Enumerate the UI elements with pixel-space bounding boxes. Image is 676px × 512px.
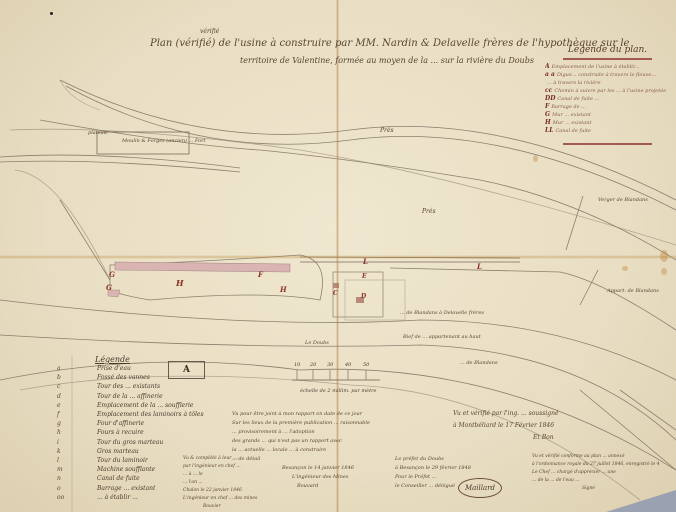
map-letter-H: H [280,285,287,294]
river-text-4: Le Doubs [305,340,329,346]
plateau-label: plateau [88,130,107,136]
legend-left-row: dTour de la ... affinerie [45,392,245,401]
map-letter-F: F [258,270,263,279]
stain [660,250,668,262]
field-label-verger: Verger de Blandans [598,197,648,203]
stain [622,266,628,271]
ordinance-note: Vu et vérifié conforme au plan ... annex… [532,453,660,493]
map-letter-L: L [363,257,368,266]
mill-box-label: Moulin & Forges (ancien) ... Fort [122,138,206,144]
scale-tick: 40 [345,362,351,368]
legend-plan-title: Légende du plan. [545,45,670,55]
river-text-1: ... de Blandans à Delavelle frères [400,310,484,316]
field-label-pres-2: Prés [422,208,436,215]
stain [661,268,667,275]
legend-plan-row: FBarrage de ... [545,103,670,111]
legend-left-row: hFours à recuire [45,428,245,437]
map-letter-L: L [477,262,482,271]
chief-engineer-note: Vu & complété à leur ... par l'ingénieur… [183,455,257,511]
scale-tick: 30 [327,362,333,368]
legend-left-row: fEmplacement des laminoirs à tôles [45,410,245,419]
legend-plan-row: HMur ... existant [545,119,670,127]
legend-left-title: Légende [95,355,245,364]
title-superscript: vérifié [200,28,219,35]
legend-left-row: cTour des ... existants [45,382,245,391]
prefect-signature: Maillard [458,478,502,498]
map-letter-D: D [361,293,366,300]
legend-plan-row: DDCanal de fuite ... [545,95,670,103]
legend-plan-row: AEmplacement de l'usine à établir... [545,63,670,71]
legend-plan-row: ccChemin à suivre par les ... à l'usine … [545,87,670,95]
legend-left-row: bFossé des vannes [45,373,245,382]
field-label-pres-1: Prés [380,127,394,134]
legend-rule [563,143,652,145]
legend-left-row: aPrise d'eau [45,364,245,373]
legend-plan: Légende du plan. AEmplacement de l'usine… [545,45,670,148]
map-letter-H: H [176,278,184,288]
scale-tick: 20 [310,362,316,368]
legend-plan-row: ... à travers la rivière [545,79,670,87]
river-text-3: ... de Blandans [460,360,498,366]
legend-left-row: iTour du gros marteau [45,438,245,447]
verification-note: Vu et vérifié par l'ing. ... soussigné à… [453,408,559,444]
map-letter-G: G [109,270,115,279]
map-letter-G: G [106,283,112,292]
fold-crease-horizontal [0,255,676,259]
map-letter-C: C [333,290,338,297]
stain [50,12,53,15]
scale-tick: 50 [363,362,369,368]
stain [533,155,538,162]
scale-tick: 10 [294,362,300,368]
legend-rule [563,58,652,60]
legend-left-row: eEmplacement de la ... soufflerie [45,401,245,410]
river-text-2: Bief de ... appartenant au haut [403,334,481,340]
map-sheet: Plan (vérifié) de l'usine à construire p… [0,0,676,512]
map-title-line2: territoire de Valentine, formée au moyen… [240,56,534,65]
legend-left-row: gFour d'affinerie [45,419,245,428]
field-label-appartenance: Appart. de Blandans [607,288,659,294]
scale-label: échelle de 2 millim. par mètre [300,388,376,394]
legend-plan-row: GMur ... existant [545,111,670,119]
map-letter-E: E [362,273,367,280]
legend-plan-row: LLCanal de fuite [545,127,670,135]
legend-plan-row: a aDigue... construite à travers le fleu… [545,71,670,79]
